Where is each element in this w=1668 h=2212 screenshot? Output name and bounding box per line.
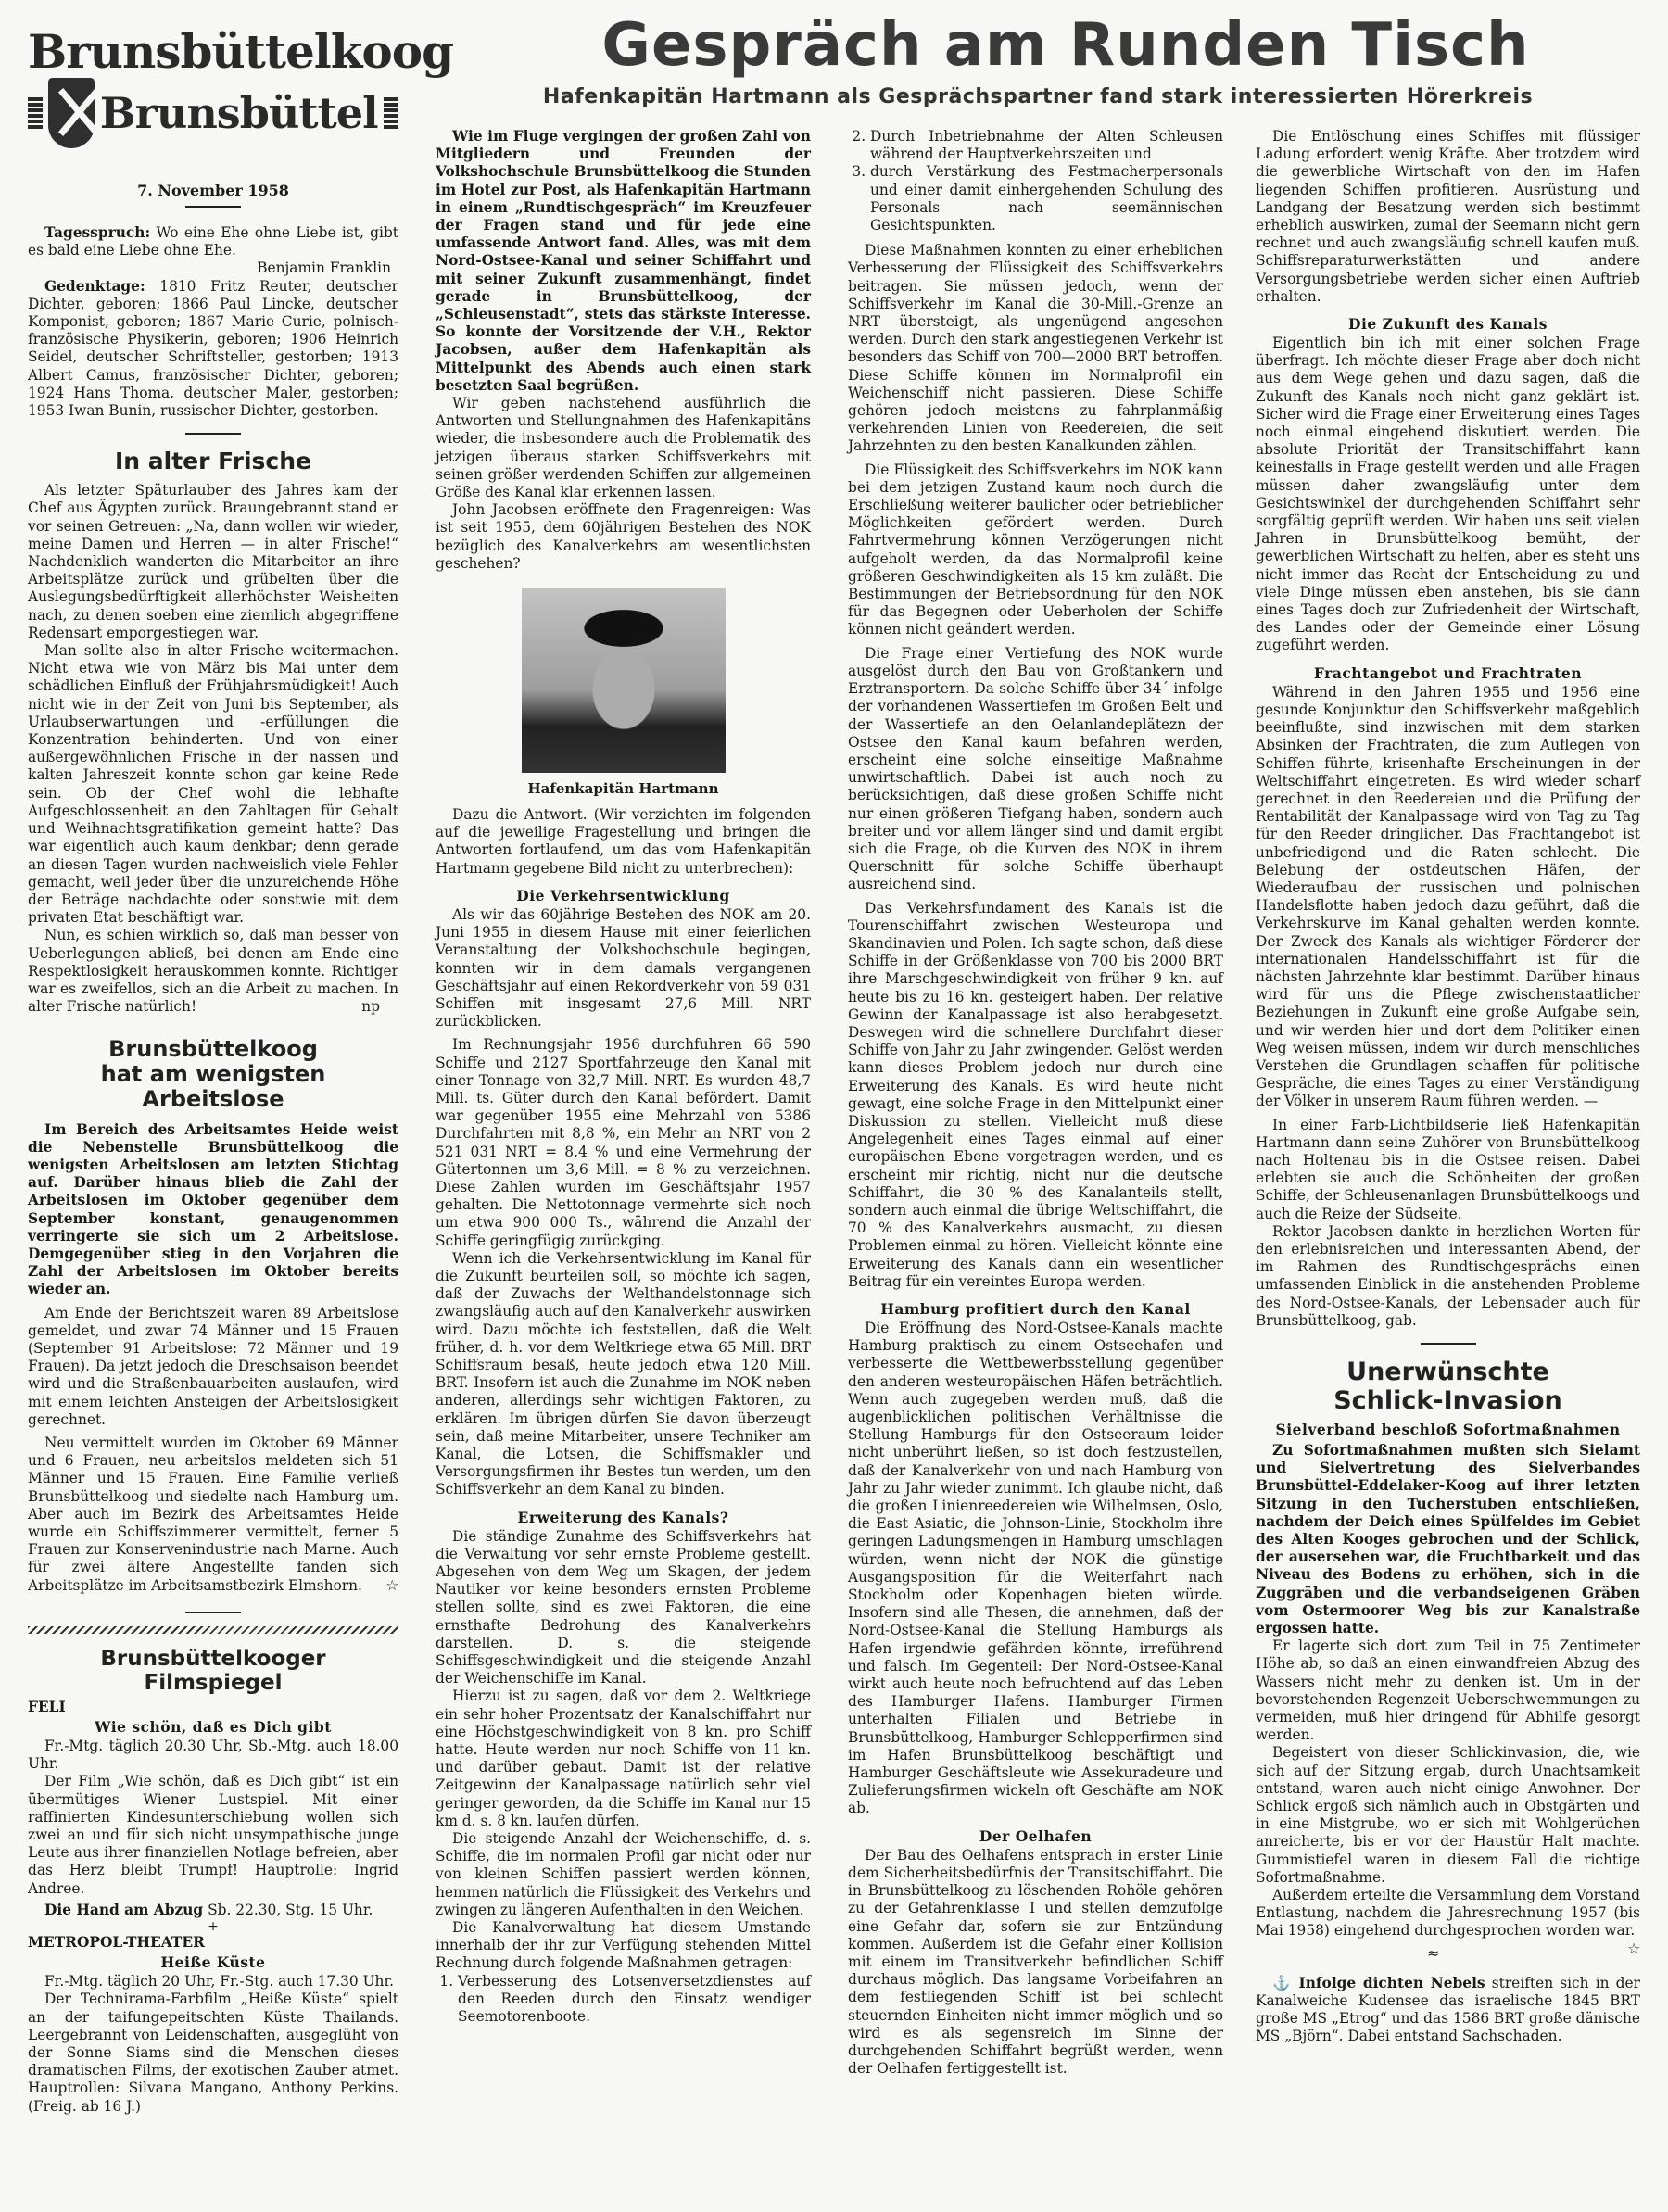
column-1: Tagesspruch: Wo eine Ehe ohne Liebe ist,… (28, 224, 398, 2116)
arbeitslose-headline-2: hat am wenigsten Arbeitslose (28, 1062, 398, 1112)
gedenktage-label: Gedenktage: (44, 278, 145, 295)
measures-list: Verbesserung des Lotsenversetzdienstes a… (436, 1973, 811, 2027)
schlick-paragraph-text: Außerdem erteilte die Versammlung dem Vo… (1256, 1887, 1640, 1939)
article-paragraph: Die Frage einer Vertiefung des NOK wurde… (848, 645, 1223, 894)
article-paragraph: Wenn ich die Verkehrsentwicklung im Kana… (436, 1250, 811, 1499)
article-paragraph: Eigentlich bin ich mit einer solchen Fra… (1256, 335, 1640, 655)
masthead-title-line2: Brunsbüttel (100, 88, 378, 138)
film-times: Fr.-Mtg. täglich 20.30 Uhr, Sb.-Mtg. auc… (28, 1738, 398, 1773)
schlick-headline-2: Schlick-Invasion (1256, 1386, 1640, 1415)
article-paragraph: Die Flüssigkeit des Schiffsverkehrs im N… (848, 461, 1223, 639)
tagesspruch-author: Benjamin Franklin (28, 259, 398, 277)
main-subheadline: Hafenkapitän Hartmann als Gesprächspartn… (436, 85, 1640, 108)
article-paragraph: Im Rechnungsjahr 1956 durchfuhren 66 590… (436, 1036, 811, 1249)
divider (1421, 1343, 1476, 1345)
article-paragraph: Die ständige Zunahme des Schiffsverkehrs… (436, 1528, 811, 1688)
main-lead: Wie im Fluge vergingen der großen Zahl v… (436, 128, 811, 395)
column-3: Durch Inbetriebnahme der Alten Schleusen… (848, 128, 1223, 2078)
section-heading: Hamburg profitiert durch den Kanal (848, 1300, 1223, 1318)
film-title: Heiße Küste (28, 1953, 398, 1971)
ribbon-right-icon (384, 97, 398, 129)
schlick-paragraph: Er lagerte sich dort zum Teil in 75 Zent… (1256, 1637, 1640, 1744)
coat-of-arms-icon (48, 78, 94, 148)
schlick-paragraph: Außerdem erteilte die Versammlung dem Vo… (1256, 1887, 1640, 1940)
film-times: Fr.-Mtg. täglich 20 Uhr, Fr.-Stg. auch 1… (28, 1973, 398, 1991)
wave-divider-icon: ≈ (1256, 1944, 1640, 1962)
section-heading: Erweiterung des Kanals? (436, 1509, 811, 1526)
section-heading: Der Oelhafen (848, 1827, 1223, 1845)
measure-item: Verbesserung des Lotsenversetzdienstes a… (458, 1973, 811, 2027)
gedenktage: Gedenktage: 1810 Fritz Reuter, deutscher… (28, 278, 398, 421)
masthead: Brunsbüttelkoog Brunsbüttel (28, 26, 398, 174)
article-paragraph: Die Kanalverwaltung hat diesem Umstande … (436, 1919, 811, 1973)
article-paragraph: John Jacobsen eröffnete den Fragenreigen… (436, 501, 811, 573)
measure-item: Durch Inbetriebnahme der Alten Schleusen… (870, 128, 1223, 163)
section-heading: Die Zukunft des Kanals (1256, 315, 1640, 333)
star-end-mark-icon: ☆ (1611, 1940, 1640, 1958)
ornamental-border (28, 1626, 398, 1634)
article-paragraph: In einer Farb-Lichtbildserie ließ Hafenk… (1256, 1117, 1640, 1223)
article-paragraph: Die Entlöschung eines Schiffes mit flüss… (1256, 128, 1640, 306)
arbeitslose-paragraph: Am Ende der Berichtszeit waren 89 Arbeit… (28, 1305, 398, 1429)
nebel-notice: ⚓ Infolge dichten Nebels streiften sich … (1256, 1975, 1640, 2046)
main-headline: Gespräch am Runden Tisch (556, 11, 1575, 80)
issue-date: 7. November 1958 (28, 182, 398, 199)
film-title: Wie schön, daß es Dich gibt (28, 1718, 398, 1736)
section-heading: Frachtangebot und Frachtraten (1256, 664, 1640, 682)
measure-item: durch Verstärkung des Festmacherpersonal… (870, 163, 1223, 234)
column-2: Wie im Fluge vergingen der großen Zahl v… (436, 128, 811, 2026)
article-paragraph: Diese Maßnahmen konnten zu einer erhebli… (848, 242, 1223, 455)
divider (185, 206, 241, 208)
article-paragraph: Während in den Jahren 1955 und 1956 eine… (1256, 684, 1640, 1111)
separator: + (28, 1919, 398, 1934)
article-paragraph: Der Bau des Oelhafens entsprach in erste… (848, 1847, 1223, 2079)
arbeitslose-paragraph-text: Neu vermittelt wurden im Oktober 69 Männ… (28, 1435, 398, 1594)
portrait-photo (522, 588, 726, 773)
gedenktage-text: 1810 Fritz Reuter, deutscher Dichter, ge… (28, 278, 398, 419)
frische-headline: In alter Frische (28, 448, 398, 474)
arbeitslose-lead: Im Bereich des Arbeitsamtes Heide weist … (28, 1121, 398, 1299)
schlick-lead: Zu Sofortmaßnahmen mußten sich Sielamt u… (1256, 1442, 1640, 1637)
article-paragraph: Hierzu ist zu sagen, daß vor dem 2. Welt… (436, 1687, 811, 1830)
divider (185, 1612, 241, 1613)
film-times: Sb. 22.30, Stg. 15 Uhr. (208, 1902, 373, 1918)
fog-ship-icon: ⚓ (1272, 1975, 1292, 1991)
frische-paragraph: Als letzter Späturlauber des Jahres kam … (28, 482, 398, 642)
frische-paragraph: Man sollte also in alter Frische weiterm… (28, 642, 398, 927)
article-paragraph: Wir geben nachstehend ausführlich die An… (436, 395, 811, 501)
article-paragraph: Die Eröffnung des Nord-Ostsee-Kanals mac… (848, 1320, 1223, 1818)
ribbon-left-icon (28, 97, 43, 129)
article-paragraph: Das Verkehrsfundament des Kanals ist die… (848, 900, 1223, 1291)
star-end-mark-icon: ☆ (369, 1577, 398, 1595)
arbeitslose-headline-1: Brunsbüttelkoog (28, 1037, 398, 1062)
photo-caption: Hafenkapitän Hartmann (436, 780, 811, 797)
film-description: Der Technirama-Farbfilm „Heiße Küste“ sp… (28, 1991, 398, 2115)
schlick-paragraph: Begeistert von dieser Schlickinvasion, d… (1256, 1744, 1640, 1887)
cinema-name: FELI (28, 1699, 398, 1716)
cinema-name: METROPOL-THEATER (28, 1934, 398, 1952)
filmspiegel-headline: Brunsbüttelkooger Filmspiegel (28, 1647, 398, 1695)
film-entry: Die Hand am Abzug Sb. 22.30, Stg. 15 Uhr… (28, 1902, 398, 1919)
schlick-subhead: Sielverband beschloß Sofortmaßnahmen (1256, 1421, 1640, 1438)
tagesspruch: Tagesspruch: Wo eine Ehe ohne Liebe ist,… (28, 224, 398, 259)
arbeitslose-paragraph: Neu vermittelt wurden im Oktober 69 Männ… (28, 1435, 398, 1595)
measures-list: Durch Inbetriebnahme der Alten Schleusen… (848, 128, 1223, 234)
article-paragraph: Die steigende Anzahl der Weichenschiffe,… (436, 1830, 811, 1919)
divider (185, 433, 241, 435)
article-paragraph: Rektor Jacobsen dankte in herzlichen Wor… (1256, 1223, 1640, 1330)
masthead-title-line1: Brunsbüttelkoog (28, 26, 398, 78)
article-paragraph: Als wir das 60jährige Bestehen des NOK a… (436, 906, 811, 1030)
film-description: Der Film „Wie schön, daß es Dich gibt“ i… (28, 1773, 398, 1897)
article-paragraph: Dazu die Antwort. (Wir verzichten im fol… (436, 806, 811, 878)
schlick-headline-1: Unerwünschte (1256, 1358, 1640, 1386)
column-4: Die Entlöschung eines Schiffes mit flüss… (1256, 128, 1640, 2046)
section-heading: Die Verkehrsentwicklung (436, 887, 811, 904)
tagesspruch-label: Tagesspruch: (44, 224, 150, 241)
nebel-lead: Infolge dichten Nebels (1299, 1975, 1485, 1991)
film-title: Die Hand am Abzug (44, 1902, 203, 1918)
